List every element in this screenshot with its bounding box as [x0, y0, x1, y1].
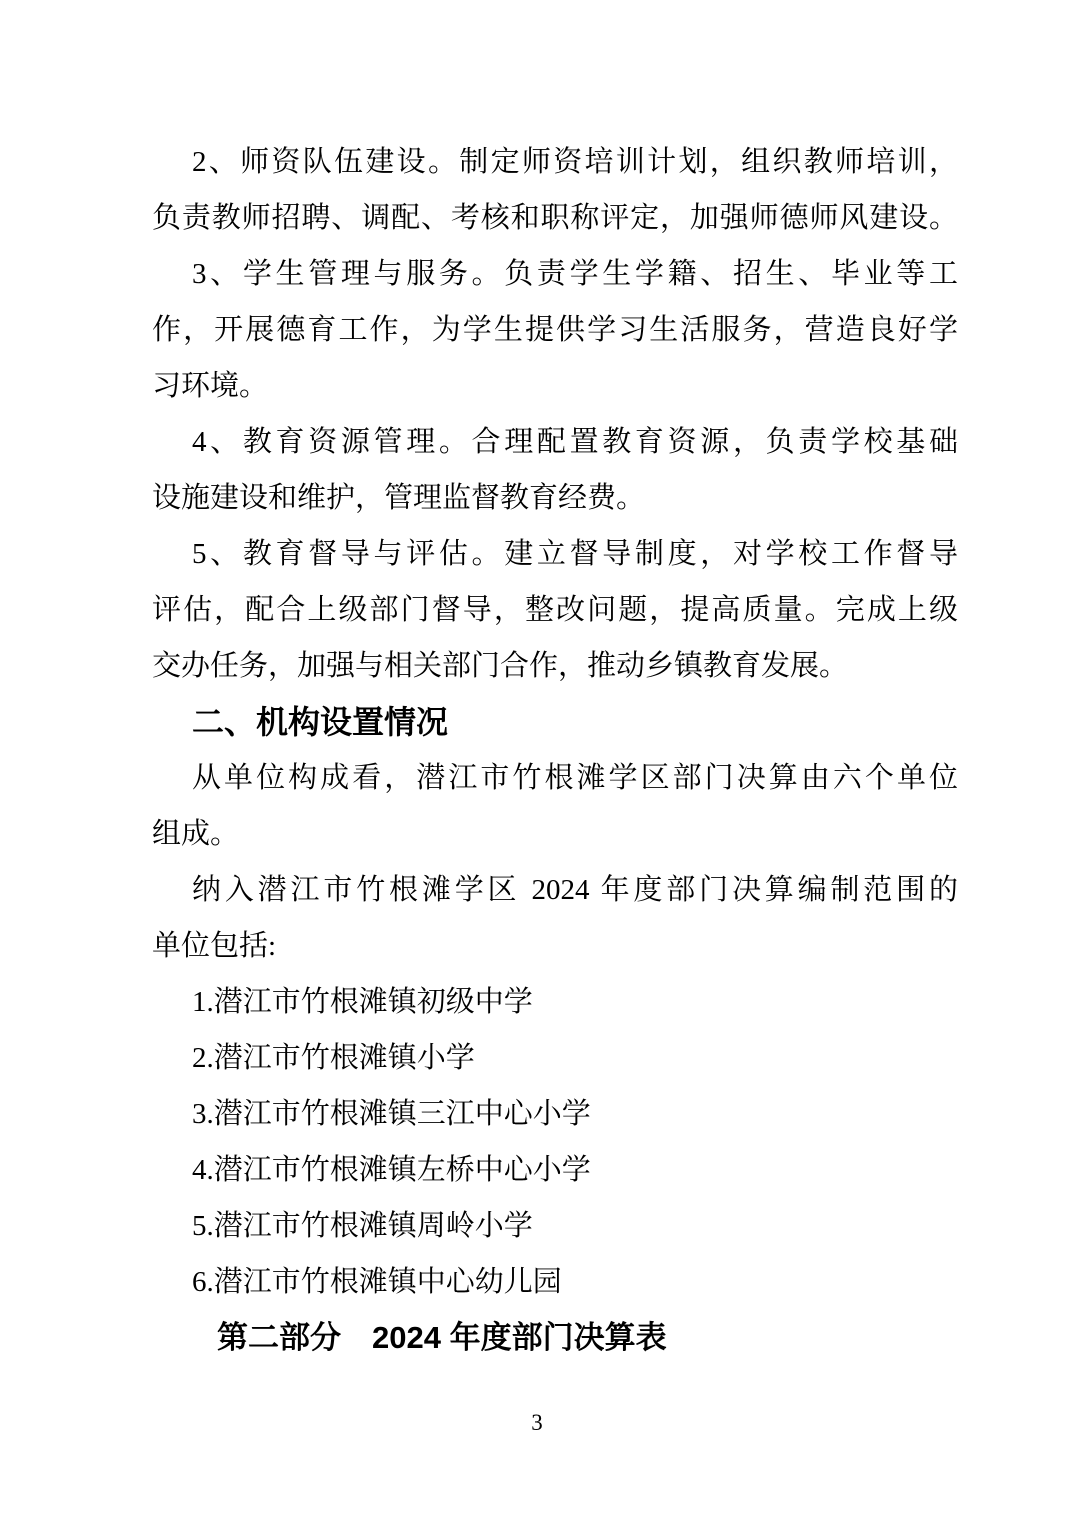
section-heading-organization: 二、机构设置情况	[152, 694, 958, 750]
list-item-unit-4: 4.潜江市竹根滩镇左桥中心小学	[152, 1142, 958, 1198]
part2-heading: 第二部分 2024 年度部门决算表	[152, 1310, 958, 1366]
paragraph-line-duty-5c: 交办任务，加强与相关部门合作，推动乡镇教育发展。	[152, 638, 958, 694]
list-item-unit-5: 5.潜江市竹根滩镇周岭小学	[152, 1198, 958, 1254]
paragraph-line-duty-5b: 评估，配合上级部门督导，整改问题，提高质量。完成上级	[152, 582, 958, 638]
paragraph-line-units-a: 从单位构成看，潜江市竹根滩学区部门决算由六个单位	[152, 750, 958, 806]
paragraph-line-duty-3c: 习环境。	[152, 358, 958, 414]
paragraph-line-duty-4b: 设施建设和维护，管理监督教育经费。	[152, 470, 958, 526]
paragraph-line-scope-a: 纳入潜江市竹根滩学区 2024 年度部门决算编制范围的	[152, 862, 958, 918]
list-item-unit-2: 2.潜江市竹根滩镇小学	[152, 1030, 958, 1086]
list-item-unit-1: 1.潜江市竹根滩镇初级中学	[152, 974, 958, 1030]
paragraph-line-duty-2b: 负责教师招聘、调配、考核和职称评定，加强师德师风建设。	[152, 190, 958, 246]
document-body: 2、师资队伍建设。制定师资培训计划，组织教师培训， 负责教师招聘、调配、考核和职…	[152, 134, 958, 1366]
document-page: 2、师资队伍建设。制定师资培训计划，组织教师培训， 负责教师招聘、调配、考核和职…	[0, 0, 1074, 1520]
paragraph-line-scope-b: 单位包括:	[152, 918, 958, 974]
paragraph-line-duty-5a: 5、教育督导与评估。建立督导制度，对学校工作督导	[152, 526, 958, 582]
paragraph-line-duty-4a: 4、教育资源管理。合理配置教育资源，负责学校基础	[152, 414, 958, 470]
page-number: 3	[0, 1409, 1074, 1437]
paragraph-line-duty-3b: 作，开展德育工作，为学生提供学习生活服务，营造良好学	[152, 302, 958, 358]
paragraph-line-units-b: 组成。	[152, 806, 958, 862]
paragraph-line-duty-3a: 3、学生管理与服务。负责学生学籍、招生、毕业等工	[152, 246, 958, 302]
paragraph-line-duty-2a: 2、师资队伍建设。制定师资培训计划，组织教师培训，	[152, 134, 958, 190]
list-item-unit-6: 6.潜江市竹根滩镇中心幼儿园	[152, 1254, 958, 1310]
list-item-unit-3: 3.潜江市竹根滩镇三江中心小学	[152, 1086, 958, 1142]
